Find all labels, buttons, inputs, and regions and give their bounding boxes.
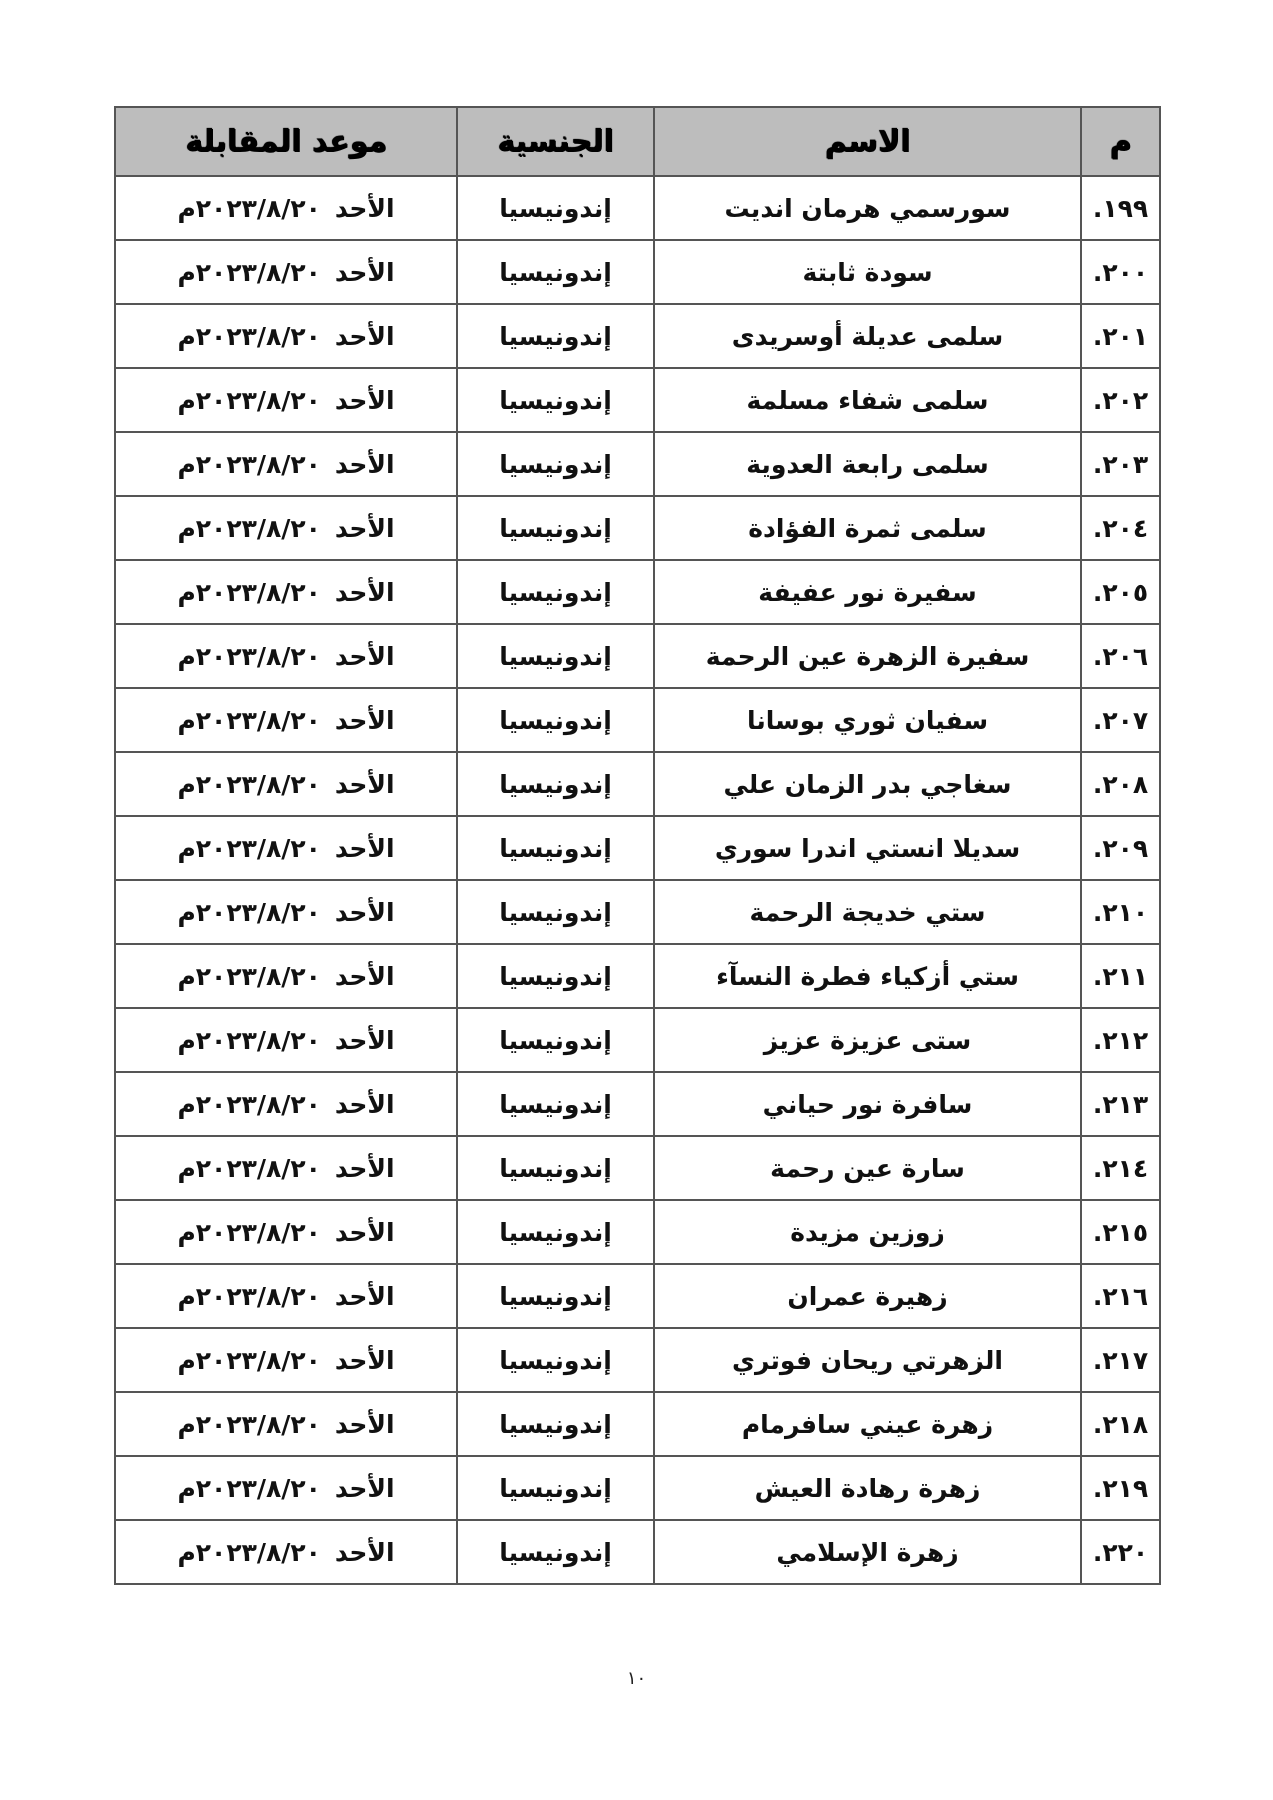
row-nationality: إندونيسيا <box>457 816 654 880</box>
row-nationality: إندونيسيا <box>457 560 654 624</box>
row-nationality: إندونيسيا <box>457 1008 654 1072</box>
row-number: ٢١٢. <box>1081 1008 1160 1072</box>
row-name: ستى عزيزة عزيز <box>654 1008 1081 1072</box>
row-nationality: إندونيسيا <box>457 1328 654 1392</box>
row-date: ٢٠٢٣/٨/٢٠م <box>177 1218 320 1247</box>
row-name: سفيان ثوري بوسانا <box>654 688 1081 752</box>
row-day: الأحد <box>335 322 395 351</box>
header-number: م <box>1081 107 1160 176</box>
row-day: الأحد <box>335 194 395 223</box>
row-name: سودة ثابتة <box>654 240 1081 304</box>
row-day: الأحد <box>335 258 395 287</box>
row-number: ٢١٦. <box>1081 1264 1160 1328</box>
row-day: الأحد <box>335 962 395 991</box>
row-interview-date: الأحد٢٠٢٣/٨/٢٠م <box>115 1264 457 1328</box>
row-date: ٢٠٢٣/٨/٢٠م <box>177 962 320 991</box>
table-row: ٢٠٥.سفيرة نور عفيفةإندونيسياالأحد٢٠٢٣/٨/… <box>115 560 1160 624</box>
row-interview-date: الأحد٢٠٢٣/٨/٢٠م <box>115 368 457 432</box>
row-name: الزهرتي ريحان فوتري <box>654 1328 1081 1392</box>
table-row: ٢٠٧.سفيان ثوري بوساناإندونيسياالأحد٢٠٢٣/… <box>115 688 1160 752</box>
row-name: زهرة رهادة العيش <box>654 1456 1081 1520</box>
row-number: ٢١٥. <box>1081 1200 1160 1264</box>
table-row: ٢٠٣.سلمى رابعة العدويةإندونيسياالأحد٢٠٢٣… <box>115 432 1160 496</box>
table-row: ٢١٧.الزهرتي ريحان فوتريإندونيسياالأحد٢٠٢… <box>115 1328 1160 1392</box>
row-interview-date: الأحد٢٠٢٣/٨/٢٠م <box>115 240 457 304</box>
table-row: ٢١٥.زوزين مزيدةإندونيسياالأحد٢٠٢٣/٨/٢٠م <box>115 1200 1160 1264</box>
row-number: ٢٠٣. <box>1081 432 1160 496</box>
table-row: ٢١١.ستي أزكياء فطرة النسآءإندونيسياالأحد… <box>115 944 1160 1008</box>
row-name: زوزين مزيدة <box>654 1200 1081 1264</box>
row-number: ٢٠١. <box>1081 304 1160 368</box>
row-nationality: إندونيسيا <box>457 176 654 240</box>
row-date: ٢٠٢٣/٨/٢٠م <box>177 322 320 351</box>
row-interview-date: الأحد٢٠٢٣/٨/٢٠م <box>115 1136 457 1200</box>
row-name: ستي أزكياء فطرة النسآء <box>654 944 1081 1008</box>
row-number: ٢٠٨. <box>1081 752 1160 816</box>
row-interview-date: الأحد٢٠٢٣/٨/٢٠م <box>115 624 457 688</box>
row-nationality: إندونيسيا <box>457 880 654 944</box>
header-nationality: الجنسية <box>457 107 654 176</box>
header-interview-date: موعد المقابلة <box>115 107 457 176</box>
row-date: ٢٠٢٣/٨/٢٠م <box>177 642 320 671</box>
row-day: الأحد <box>335 1410 395 1439</box>
row-date: ٢٠٢٣/٨/٢٠م <box>177 834 320 863</box>
document-page: م الاسم الجنسية موعد المقابلة ١٩٩.سورسمي… <box>0 0 1273 1800</box>
row-number: ٢١١. <box>1081 944 1160 1008</box>
row-day: الأحد <box>335 770 395 799</box>
row-day: الأحد <box>335 450 395 479</box>
row-date: ٢٠٢٣/٨/٢٠م <box>177 386 320 415</box>
row-interview-date: الأحد٢٠٢٣/٨/٢٠م <box>115 432 457 496</box>
row-date: ٢٠٢٣/٨/٢٠م <box>177 514 320 543</box>
table-header-row: م الاسم الجنسية موعد المقابلة <box>115 107 1160 176</box>
row-number: ٢١٩. <box>1081 1456 1160 1520</box>
row-date: ٢٠٢٣/٨/٢٠م <box>177 1538 320 1567</box>
row-nationality: إندونيسيا <box>457 1264 654 1328</box>
row-date: ٢٠٢٣/٨/٢٠م <box>177 1282 320 1311</box>
row-day: الأحد <box>335 578 395 607</box>
row-date: ٢٠٢٣/٨/٢٠م <box>177 1410 320 1439</box>
row-number: ٢٠٧. <box>1081 688 1160 752</box>
row-date: ٢٠٢٣/٨/٢٠م <box>177 1090 320 1119</box>
row-interview-date: الأحد٢٠٢٣/٨/٢٠م <box>115 496 457 560</box>
row-nationality: إندونيسيا <box>457 1520 654 1584</box>
row-interview-date: الأحد٢٠٢٣/٨/٢٠م <box>115 816 457 880</box>
row-interview-date: الأحد٢٠٢٣/٨/٢٠م <box>115 1456 457 1520</box>
row-name: زهرة الإسلامي <box>654 1520 1081 1584</box>
row-day: الأحد <box>335 1090 395 1119</box>
row-nationality: إندونيسيا <box>457 688 654 752</box>
interview-schedule-table: م الاسم الجنسية موعد المقابلة ١٩٩.سورسمي… <box>114 106 1161 1585</box>
table-row: ٢٠٤.سلمى ثمرة الفؤادةإندونيسياالأحد٢٠٢٣/… <box>115 496 1160 560</box>
row-interview-date: الأحد٢٠٢٣/٨/٢٠م <box>115 944 457 1008</box>
row-day: الأحد <box>335 1154 395 1183</box>
row-number: ٢١٤. <box>1081 1136 1160 1200</box>
row-day: الأحد <box>335 1218 395 1247</box>
table-row: ٢١٠.ستي خديجة الرحمةإندونيسياالأحد٢٠٢٣/٨… <box>115 880 1160 944</box>
row-number: ٢٠٢. <box>1081 368 1160 432</box>
table-row: ٢١٤.سارة عين رحمةإندونيسياالأحد٢٠٢٣/٨/٢٠… <box>115 1136 1160 1200</box>
row-interview-date: الأحد٢٠٢٣/٨/٢٠م <box>115 1008 457 1072</box>
row-date: ٢٠٢٣/٨/٢٠م <box>177 450 320 479</box>
row-name: سفيرة نور عفيفة <box>654 560 1081 624</box>
row-name: سفيرة الزهرة عين الرحمة <box>654 624 1081 688</box>
row-number: ٢١٧. <box>1081 1328 1160 1392</box>
table-row: ٢١٢.ستى عزيزة عزيزإندونيسياالأحد٢٠٢٣/٨/٢… <box>115 1008 1160 1072</box>
row-name: سديلا انستي اندرا سوري <box>654 816 1081 880</box>
table-row: ٢٠١.سلمى عديلة أوسريدىإندونيسياالأحد٢٠٢٣… <box>115 304 1160 368</box>
row-date: ٢٠٢٣/٨/٢٠م <box>177 898 320 927</box>
row-nationality: إندونيسيا <box>457 944 654 1008</box>
row-name: ستي خديجة الرحمة <box>654 880 1081 944</box>
row-name: زهيرة عمران <box>654 1264 1081 1328</box>
row-number: ٢٠٦. <box>1081 624 1160 688</box>
row-number: ٢٠٠. <box>1081 240 1160 304</box>
row-date: ٢٠٢٣/٨/٢٠م <box>177 1346 320 1375</box>
row-date: ٢٠٢٣/٨/٢٠م <box>177 194 320 223</box>
row-day: الأحد <box>335 514 395 543</box>
row-nationality: إندونيسيا <box>457 496 654 560</box>
row-nationality: إندونيسيا <box>457 432 654 496</box>
table-row: ٢٠٢.سلمى شفاء مسلمةإندونيسياالأحد٢٠٢٣/٨/… <box>115 368 1160 432</box>
row-interview-date: الأحد٢٠٢٣/٨/٢٠م <box>115 1328 457 1392</box>
row-name: سلمى عديلة أوسريدى <box>654 304 1081 368</box>
row-number: ٢١٣. <box>1081 1072 1160 1136</box>
page-number: ١٠ <box>0 1668 1273 1689</box>
row-nationality: إندونيسيا <box>457 1456 654 1520</box>
row-interview-date: الأحد٢٠٢٣/٨/٢٠م <box>115 1520 457 1584</box>
table-row: ٢١٨.زهرة عيني سافرمامإندونيسياالأحد٢٠٢٣/… <box>115 1392 1160 1456</box>
row-name: سلمى شفاء مسلمة <box>654 368 1081 432</box>
row-nationality: إندونيسيا <box>457 1392 654 1456</box>
row-number: ٢٠٥. <box>1081 560 1160 624</box>
row-number: ٢١٨. <box>1081 1392 1160 1456</box>
row-interview-date: الأحد٢٠٢٣/٨/٢٠م <box>115 1200 457 1264</box>
table-row: ٢٢٠.زهرة الإسلاميإندونيسياالأحد٢٠٢٣/٨/٢٠… <box>115 1520 1160 1584</box>
row-name: سارة عين رحمة <box>654 1136 1081 1200</box>
row-interview-date: الأحد٢٠٢٣/٨/٢٠م <box>115 176 457 240</box>
row-nationality: إندونيسيا <box>457 1200 654 1264</box>
row-day: الأحد <box>335 898 395 927</box>
row-day: الأحد <box>335 1282 395 1311</box>
row-number: ٢٢٠. <box>1081 1520 1160 1584</box>
row-nationality: إندونيسيا <box>457 368 654 432</box>
row-day: الأحد <box>335 386 395 415</box>
row-number: ٢١٠. <box>1081 880 1160 944</box>
table-row: ٢١٩.زهرة رهادة العيشإندونيسياالأحد٢٠٢٣/٨… <box>115 1456 1160 1520</box>
row-date: ٢٠٢٣/٨/٢٠م <box>177 1154 320 1183</box>
row-nationality: إندونيسيا <box>457 1136 654 1200</box>
row-date: ٢٠٢٣/٨/٢٠م <box>177 258 320 287</box>
header-name: الاسم <box>654 107 1081 176</box>
row-name: سلمى رابعة العدوية <box>654 432 1081 496</box>
row-name: سلمى ثمرة الفؤادة <box>654 496 1081 560</box>
table-row: ٢٠٩.سديلا انستي اندرا سوريإندونيسياالأحد… <box>115 816 1160 880</box>
row-interview-date: الأحد٢٠٢٣/٨/٢٠م <box>115 688 457 752</box>
table-row: ٢١٣.سافرة نور حيانيإندونيسياالأحد٢٠٢٣/٨/… <box>115 1072 1160 1136</box>
row-interview-date: الأحد٢٠٢٣/٨/٢٠م <box>115 304 457 368</box>
row-interview-date: الأحد٢٠٢٣/٨/٢٠م <box>115 880 457 944</box>
table-row: ٢١٦.زهيرة عمرانإندونيسياالأحد٢٠٢٣/٨/٢٠م <box>115 1264 1160 1328</box>
table-row: ٢٠٠.سودة ثابتةإندونيسياالأحد٢٠٢٣/٨/٢٠م <box>115 240 1160 304</box>
row-name: زهرة عيني سافرمام <box>654 1392 1081 1456</box>
table-row: ٢٠٦.سفيرة الزهرة عين الرحمةإندونيسياالأح… <box>115 624 1160 688</box>
row-nationality: إندونيسيا <box>457 304 654 368</box>
row-number: ٢٠٩. <box>1081 816 1160 880</box>
row-day: الأحد <box>335 1346 395 1375</box>
row-nationality: إندونيسيا <box>457 752 654 816</box>
row-interview-date: الأحد٢٠٢٣/٨/٢٠م <box>115 752 457 816</box>
row-number: ١٩٩. <box>1081 176 1160 240</box>
row-interview-date: الأحد٢٠٢٣/٨/٢٠م <box>115 560 457 624</box>
row-day: الأحد <box>335 1538 395 1567</box>
row-date: ٢٠٢٣/٨/٢٠م <box>177 770 320 799</box>
table-row: ١٩٩.سورسمي هرمان انديتإندونيسياالأحد٢٠٢٣… <box>115 176 1160 240</box>
row-date: ٢٠٢٣/٨/٢٠م <box>177 1026 320 1055</box>
row-name: سافرة نور حياني <box>654 1072 1081 1136</box>
row-date: ٢٠٢٣/٨/٢٠م <box>177 578 320 607</box>
row-day: الأحد <box>335 834 395 863</box>
row-day: الأحد <box>335 1026 395 1055</box>
row-date: ٢٠٢٣/٨/٢٠م <box>177 706 320 735</box>
row-interview-date: الأحد٢٠٢٣/٨/٢٠م <box>115 1072 457 1136</box>
row-name: سغاجي بدر الزمان علي <box>654 752 1081 816</box>
row-day: الأحد <box>335 706 395 735</box>
row-nationality: إندونيسيا <box>457 624 654 688</box>
row-day: الأحد <box>335 1474 395 1503</box>
row-interview-date: الأحد٢٠٢٣/٨/٢٠م <box>115 1392 457 1456</box>
row-date: ٢٠٢٣/٨/٢٠م <box>177 1474 320 1503</box>
row-nationality: إندونيسيا <box>457 1072 654 1136</box>
row-number: ٢٠٤. <box>1081 496 1160 560</box>
row-nationality: إندونيسيا <box>457 240 654 304</box>
row-day: الأحد <box>335 642 395 671</box>
table-body: ١٩٩.سورسمي هرمان انديتإندونيسياالأحد٢٠٢٣… <box>115 176 1160 1584</box>
row-name: سورسمي هرمان انديت <box>654 176 1081 240</box>
table-row: ٢٠٨.سغاجي بدر الزمان عليإندونيسياالأحد٢٠… <box>115 752 1160 816</box>
